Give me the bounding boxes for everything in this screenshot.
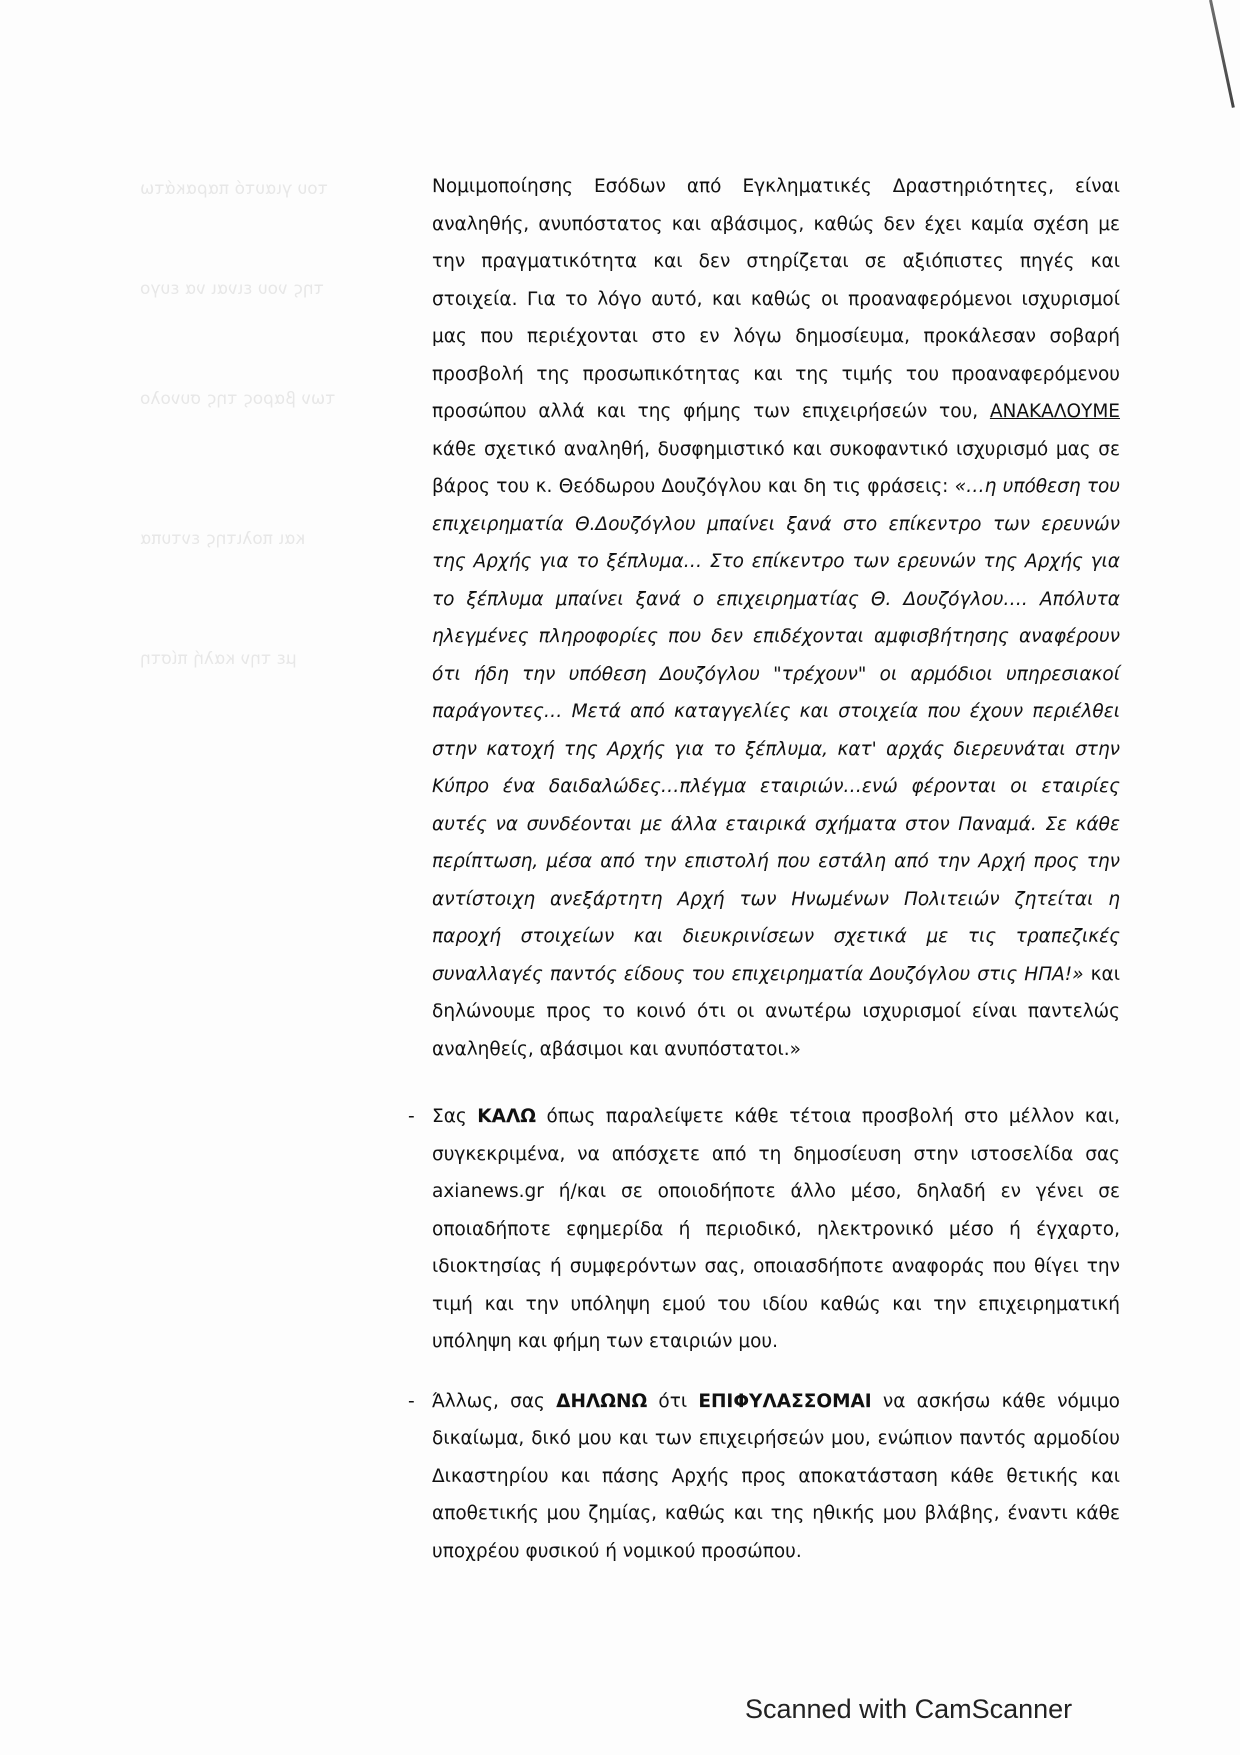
bullet-dash: -: [408, 1098, 415, 1136]
bullet-text: όπως παραλείψετε κάθε τέτοια προσβολή στ…: [432, 1106, 1120, 1352]
bold-keyword: ΕΠΙΦΥΛΑΣΣΟΜΑΙ: [698, 1391, 871, 1412]
bullet-text: να ασκήσω κάθε νόμιμο δικαίωμα, δικό μου…: [432, 1391, 1120, 1562]
bullet-text: Άλλως, σας: [432, 1391, 556, 1412]
page-edge-shadow: [1209, 0, 1235, 108]
list-item-call: - Σας ΚΑΛΩ όπως παραλείψετε κάθε τέτοια …: [432, 1098, 1120, 1361]
bold-keyword: ΔΗΛΩΝΩ: [556, 1391, 647, 1412]
emphasis-retract: ΑΝΑΚΑΛΟΥΜΕ: [990, 401, 1120, 422]
camscanner-watermark: Scanned with CamScanner: [745, 1694, 1072, 1725]
bold-keyword: ΚΑΛΩ: [477, 1106, 536, 1127]
list-item-reserve: - Άλλως, σας ΔΗΛΩΝΩ ότι ΕΠΙΦΥΛΑΣΣΟΜΑΙ να…: [432, 1383, 1120, 1571]
bullet-text: Σας: [432, 1106, 477, 1127]
bleed-through-text: του γιαυτό παρακάτω: [140, 170, 328, 208]
quoted-statements: «…η υπόθεση του επιχειρηματία Θ.Δουζόγλο…: [432, 476, 1120, 985]
bullet-text: ότι: [647, 1391, 698, 1412]
document-body: Νομιμοποίησης Εσόδων από Εγκληματικές Δρ…: [432, 168, 1120, 1570]
bleed-through-text: και πολιτης εντυπα: [140, 520, 305, 558]
bleed-through-text: με την καλή πίστη: [140, 640, 297, 678]
paragraph-retraction: Νομιμοποίησης Εσόδων από Εγκληματικές Δρ…: [432, 168, 1120, 1068]
bleed-through-text: της νου ειναι να ευγο: [140, 270, 324, 308]
paragraph-text: Νομιμοποίησης Εσόδων από Εγκληματικές Δρ…: [432, 176, 1120, 422]
bullet-dash: -: [408, 1383, 415, 1421]
bleed-through-text: των βαρος της συνολο: [140, 380, 335, 418]
